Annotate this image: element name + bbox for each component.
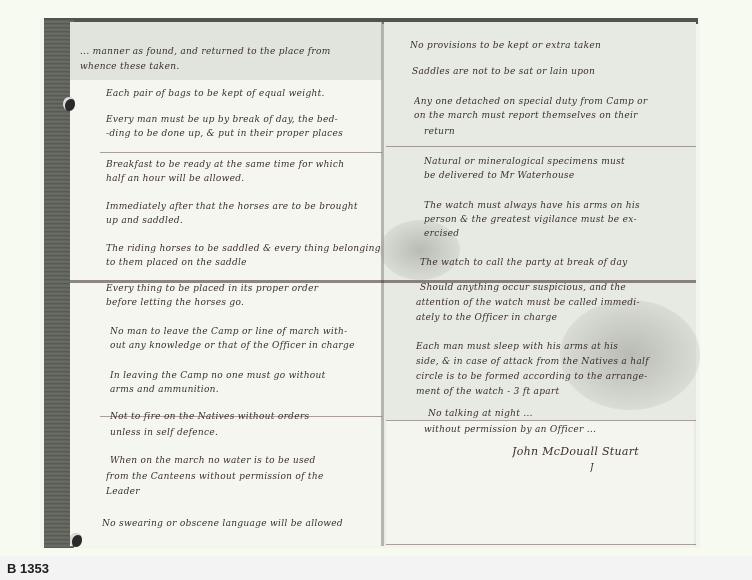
manuscript-line: attention of the watch must be called im… xyxy=(416,297,694,309)
manuscript-line: Any one detached on special duty from Ca… xyxy=(414,96,694,108)
manuscript-line: before letting the horses go. xyxy=(106,297,380,309)
manuscript-line: out any knowledge or that of the Officer… xyxy=(110,340,380,352)
manuscript-line: No talking at night ... xyxy=(428,408,694,420)
manuscript-line: without permission by an Officer ... xyxy=(424,424,694,436)
ruled-line xyxy=(386,146,696,147)
manuscript-line: be delivered to Mr Waterhouse xyxy=(424,170,694,182)
manuscript-line: In leaving the Camp no one must go witho… xyxy=(110,370,380,382)
manuscript-line: on the march must report themselves on t… xyxy=(414,110,694,122)
manuscript-line: from the Canteens without permission of … xyxy=(106,471,380,483)
manuscript-line: circle is to be formed according to the … xyxy=(416,371,694,383)
manuscript-line: Every thing to be placed in its proper o… xyxy=(106,283,380,295)
pin-icon xyxy=(63,97,75,111)
manuscript-line: No provisions to be kept or extra taken xyxy=(410,40,694,52)
manuscript-line: When on the march no water is to be used xyxy=(110,455,380,467)
manuscript-line: Immediately after that the horses are to… xyxy=(106,201,380,213)
manuscript-line: Breakfast to be ready at the same time f… xyxy=(106,159,380,171)
signature: John McDouall Stuart xyxy=(512,446,639,458)
manuscript-line: whence these taken. xyxy=(80,61,380,73)
manuscript-line: ately to the Officer in charge xyxy=(416,312,694,324)
manuscript-line: Each man must sleep with his arms at his xyxy=(416,341,694,353)
manuscript-line: No man to leave the Camp or line of marc… xyxy=(110,326,380,338)
manuscript-line: Saddles are not to be sat or lain upon xyxy=(412,66,694,78)
manuscript-line: The riding horses to be saddled & every … xyxy=(106,243,380,255)
manuscript-line: half an hour will be allowed. xyxy=(106,173,380,185)
manuscript-line: Each pair of bags to be kept of equal we… xyxy=(106,88,380,100)
manuscript-line: ment of the watch - 3 ft apart xyxy=(416,386,694,398)
manuscript-line: ... manner as found, and returned to the… xyxy=(80,46,380,58)
ruled-line xyxy=(386,544,696,545)
signature-suffix: J xyxy=(590,462,594,474)
manuscript-line: up and saddled. xyxy=(106,215,380,227)
pin-icon xyxy=(70,533,82,547)
ruled-line xyxy=(386,420,696,421)
vertical-fold xyxy=(381,22,384,546)
manuscript-line: No swearing or obscene language will be … xyxy=(102,518,380,530)
ruled-line xyxy=(100,152,382,153)
manuscript-line: Not to fire on the Natives without order… xyxy=(110,411,380,423)
manuscript-line: ercised xyxy=(424,228,694,240)
manuscript-line: The watch to call the party at break of … xyxy=(420,257,694,269)
manuscript-line: Should anything occur suspicious, and th… xyxy=(420,282,694,294)
manuscript-line: to them placed on the saddle xyxy=(106,257,380,269)
manuscript-line: return xyxy=(424,126,694,138)
manuscript-line: The watch must always have his arms on h… xyxy=(424,200,694,212)
catalog-caption: B 1353 xyxy=(7,561,49,576)
manuscript-line: Every man must be up by break of day, th… xyxy=(106,114,380,126)
caption-bar xyxy=(0,556,752,580)
manuscript-line: unless in self defence. xyxy=(110,427,380,439)
manuscript-page-right-bottom xyxy=(386,420,694,546)
manuscript-line: Natural or mineralogical specimens must xyxy=(424,156,694,168)
manuscript-line: -ding to be done up, & put in their prop… xyxy=(106,128,380,140)
manuscript-line: person & the greatest vigilance must be … xyxy=(424,214,694,226)
manuscript-line: arms and ammunition. xyxy=(110,384,380,396)
manuscript-line: Leader xyxy=(106,486,380,498)
manuscript-line: side, & in case of attack from the Nativ… xyxy=(416,356,694,368)
